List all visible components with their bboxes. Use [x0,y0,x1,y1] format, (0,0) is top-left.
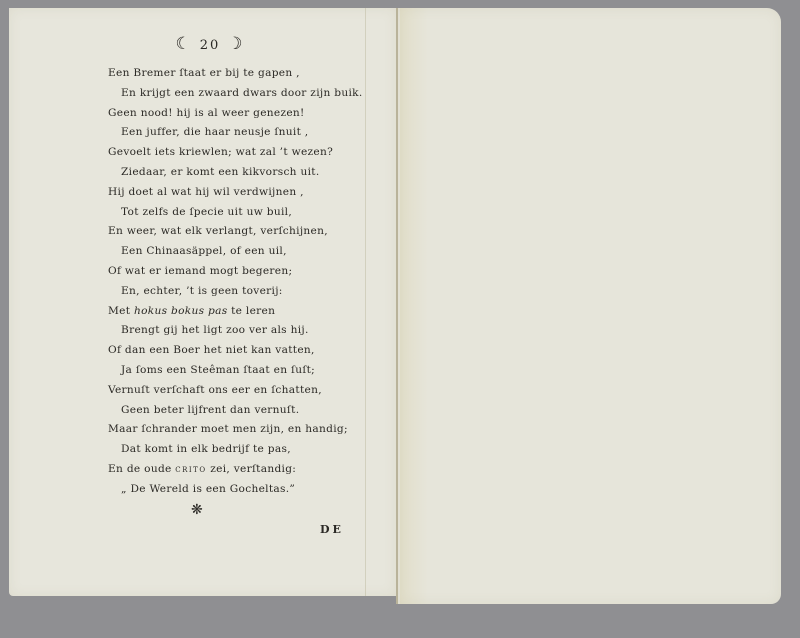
crescent-left-icon: ☾ [175,34,192,54]
poem-line: Geen beter lijfrent dan vernuſt. [121,404,299,416]
poem-line: Dat komt in elk bedrijf te pas, [121,443,291,455]
poem-line: Brengt gij het ligt zoo ver als hij. [121,324,309,336]
poem-line: Of wat er iemand mogt begeren; [108,265,292,277]
page-fold-line [365,8,366,596]
page-header: ☾20☽ [175,34,245,54]
poem-line: Een Bremer ſtaat er bij te gapen , [108,67,300,79]
right-page [398,8,781,604]
crescent-right-icon: ☽ [227,34,244,54]
poem-line: Vernuſt verſchaft ons eer en ſchatten, [108,384,322,396]
poem-line: Een Chinaasäppel, of een uil, [121,245,287,257]
poem-line: Ja ſoms een Steêman ſtaat en ſuſt; [121,364,315,376]
gutter-stain [400,8,428,604]
poem-line: Met hokus bokus pas te leren [108,305,275,317]
poem-line: Maar ſchrander moet men zijn, en handig; [108,423,348,435]
catchword: DE [320,523,344,536]
poem-line: Hij doet al wat hij wil verdwijnen , [108,186,304,198]
poem-line: Tot zelfs de ſpecie uit uw buil, [121,206,292,218]
poem-line: „ De Wereld is een Gocheltas.” [121,483,295,495]
poem-line: Of dan een Boer het niet kan vatten, [108,344,315,356]
book-spine [396,8,398,604]
poem-line: En weer, wat elk verlangt, verſchijnen, [108,225,328,237]
poem-line: En de oude crito zei, verſtandig: [108,463,296,475]
poem-line: Gevoelt iets kriewlen; wat zal ’t wezen? [108,146,333,158]
small-caps-name: crito [175,464,206,475]
end-ornament-icon: ❋ [191,502,203,518]
poem-line: En krijgt een zwaard dwars door zijn bui… [121,87,363,99]
poem-line: En, echter, ’t is geen toverij: [121,285,283,297]
page-number: 20 [200,38,221,53]
poem-line: Geen nood! hij is al weer genezen! [108,107,305,119]
poem-line: Een juffer, die haar neusje ſnuit , [121,126,308,138]
poem-line: Ziedaar, er komt een kikvorsch uit. [121,166,320,178]
italic-phrase: hokus bokus pas [134,305,228,317]
